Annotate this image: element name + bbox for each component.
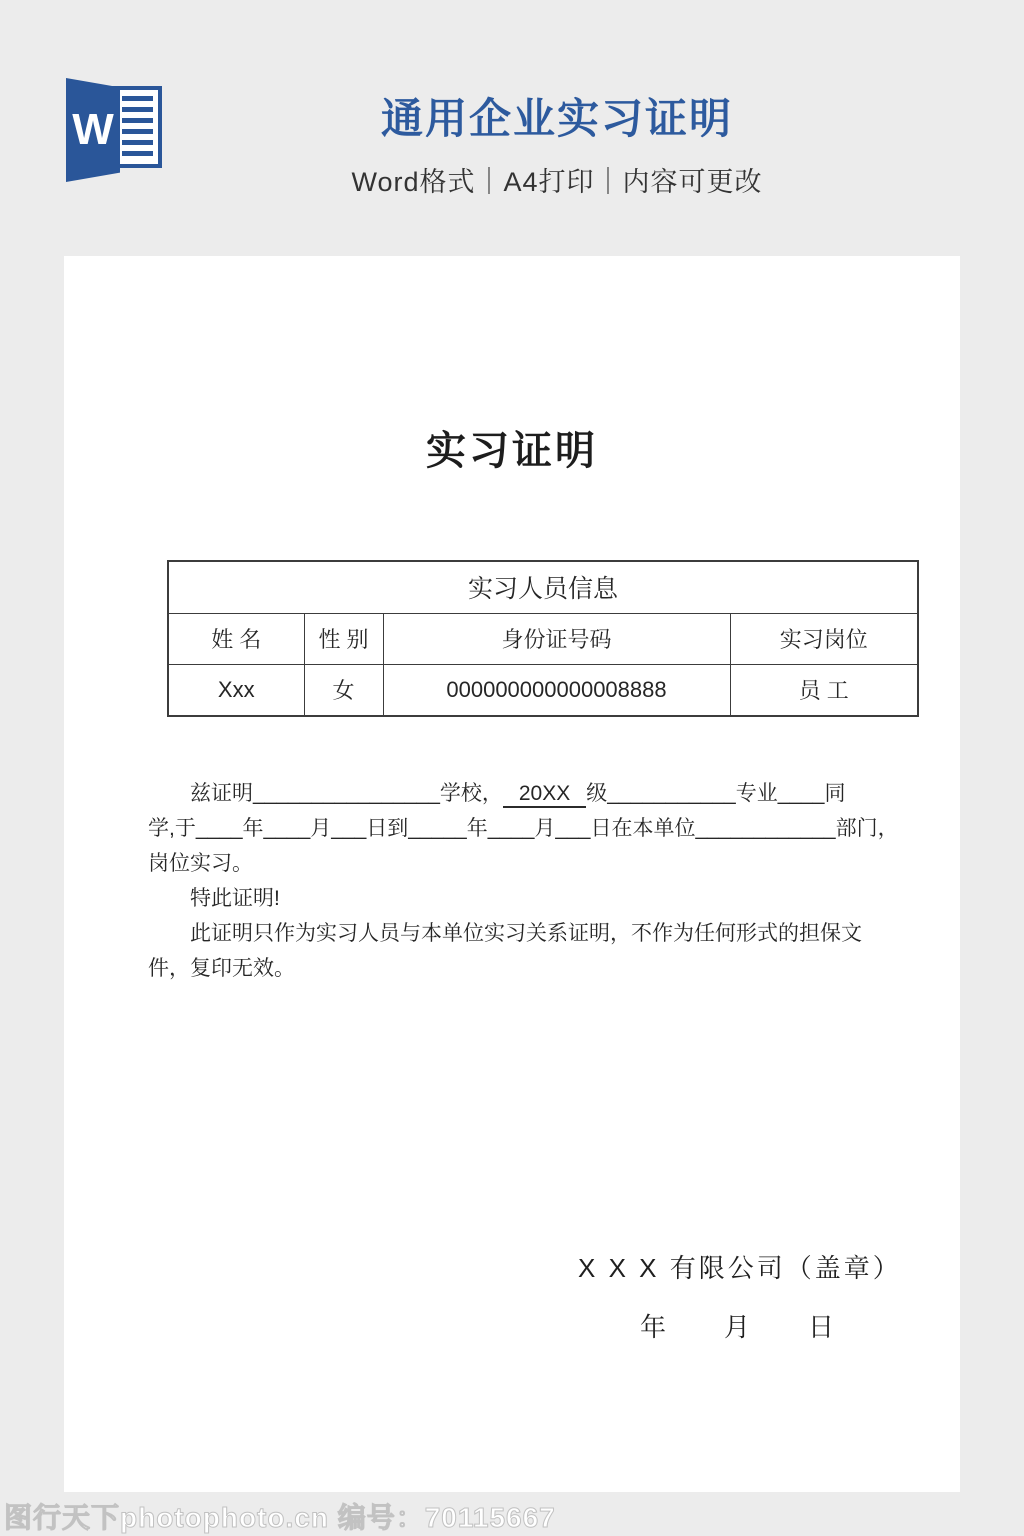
signature-block: X X X 有限公司（盖章） 年 月 日: [578, 1248, 898, 1344]
body-line-3: 岗位实习。: [148, 846, 900, 881]
body-line-1: 兹证明________________学校，20XX级___________专业…: [148, 776, 900, 811]
template-title: 通用企业实习证明: [351, 86, 762, 146]
body-line-1-suffix: 级___________专业____同: [586, 782, 845, 805]
word-w-panel: W: [66, 78, 120, 182]
body-line-6: 件，复印无效。: [148, 951, 900, 986]
word-logo-icon: W: [62, 78, 166, 182]
document-page: 实习证明 实习人员信息 姓 名 性 别 身份证号码 实习岗位 Xxx 女: [64, 256, 960, 1493]
body-line-2: 学,于____年____月___日到_____年____月___日在本单位___…: [148, 811, 900, 846]
table-header-row: 姓 名 性 别 身份证号码 实习岗位: [168, 613, 918, 664]
body-line-4: 特此证明!: [148, 881, 900, 916]
cell-name: Xxx: [168, 664, 304, 716]
cell-id-number: 000000000000008888: [383, 664, 730, 716]
cell-gender: 女: [304, 664, 383, 716]
intern-info-table: 实习人员信息 姓 名 性 别 身份证号码 实习岗位 Xxx 女 00000000…: [167, 560, 919, 717]
table-title-cell: 实习人员信息: [168, 561, 918, 613]
preview-header: W 通用企业实习证明 Word格式｜A4打印｜内容可更改: [0, 0, 1024, 256]
col-id-number: 身份证号码: [383, 613, 730, 664]
col-gender: 性 别: [304, 613, 383, 664]
word-document-lines: [122, 96, 153, 158]
table-title-row: 实习人员信息: [168, 561, 918, 613]
date-line: 年 月 日: [578, 1307, 898, 1344]
company-seal-line: X X X 有限公司（盖章）: [578, 1248, 898, 1285]
table-row: Xxx 女 000000000000008888 员 工: [168, 664, 918, 716]
body-line-1-prefix: 兹证明________________学校，: [190, 782, 503, 805]
cell-position: 员 工: [730, 664, 918, 716]
footer-bar: 图行天下photophoto.cn 编号：70115667: [0, 1492, 1024, 1536]
template-preview: W 通用企业实习证明 Word格式｜A4打印｜内容可更改 实习证明 实习人员信息…: [0, 0, 1024, 1536]
template-subtitle: Word格式｜A4打印｜内容可更改: [351, 160, 762, 199]
document-title: 实习证明: [64, 419, 960, 476]
body-line-5: 此证明只作为实习人员与本单位实习关系证明，不作为任何形式的担保文: [148, 916, 900, 951]
col-position: 实习岗位: [730, 613, 918, 664]
col-name: 姓 名: [168, 613, 304, 664]
certificate-body: 兹证明________________学校，20XX级___________专业…: [148, 776, 900, 986]
site-watermark: 图行天下photophoto.cn 编号：70115667: [4, 1496, 556, 1536]
year-blank-underline: 20XX: [503, 782, 586, 808]
header-text-block: 通用企业实习证明 Word格式｜A4打印｜内容可更改: [351, 86, 762, 199]
word-letter: W: [72, 105, 114, 155]
